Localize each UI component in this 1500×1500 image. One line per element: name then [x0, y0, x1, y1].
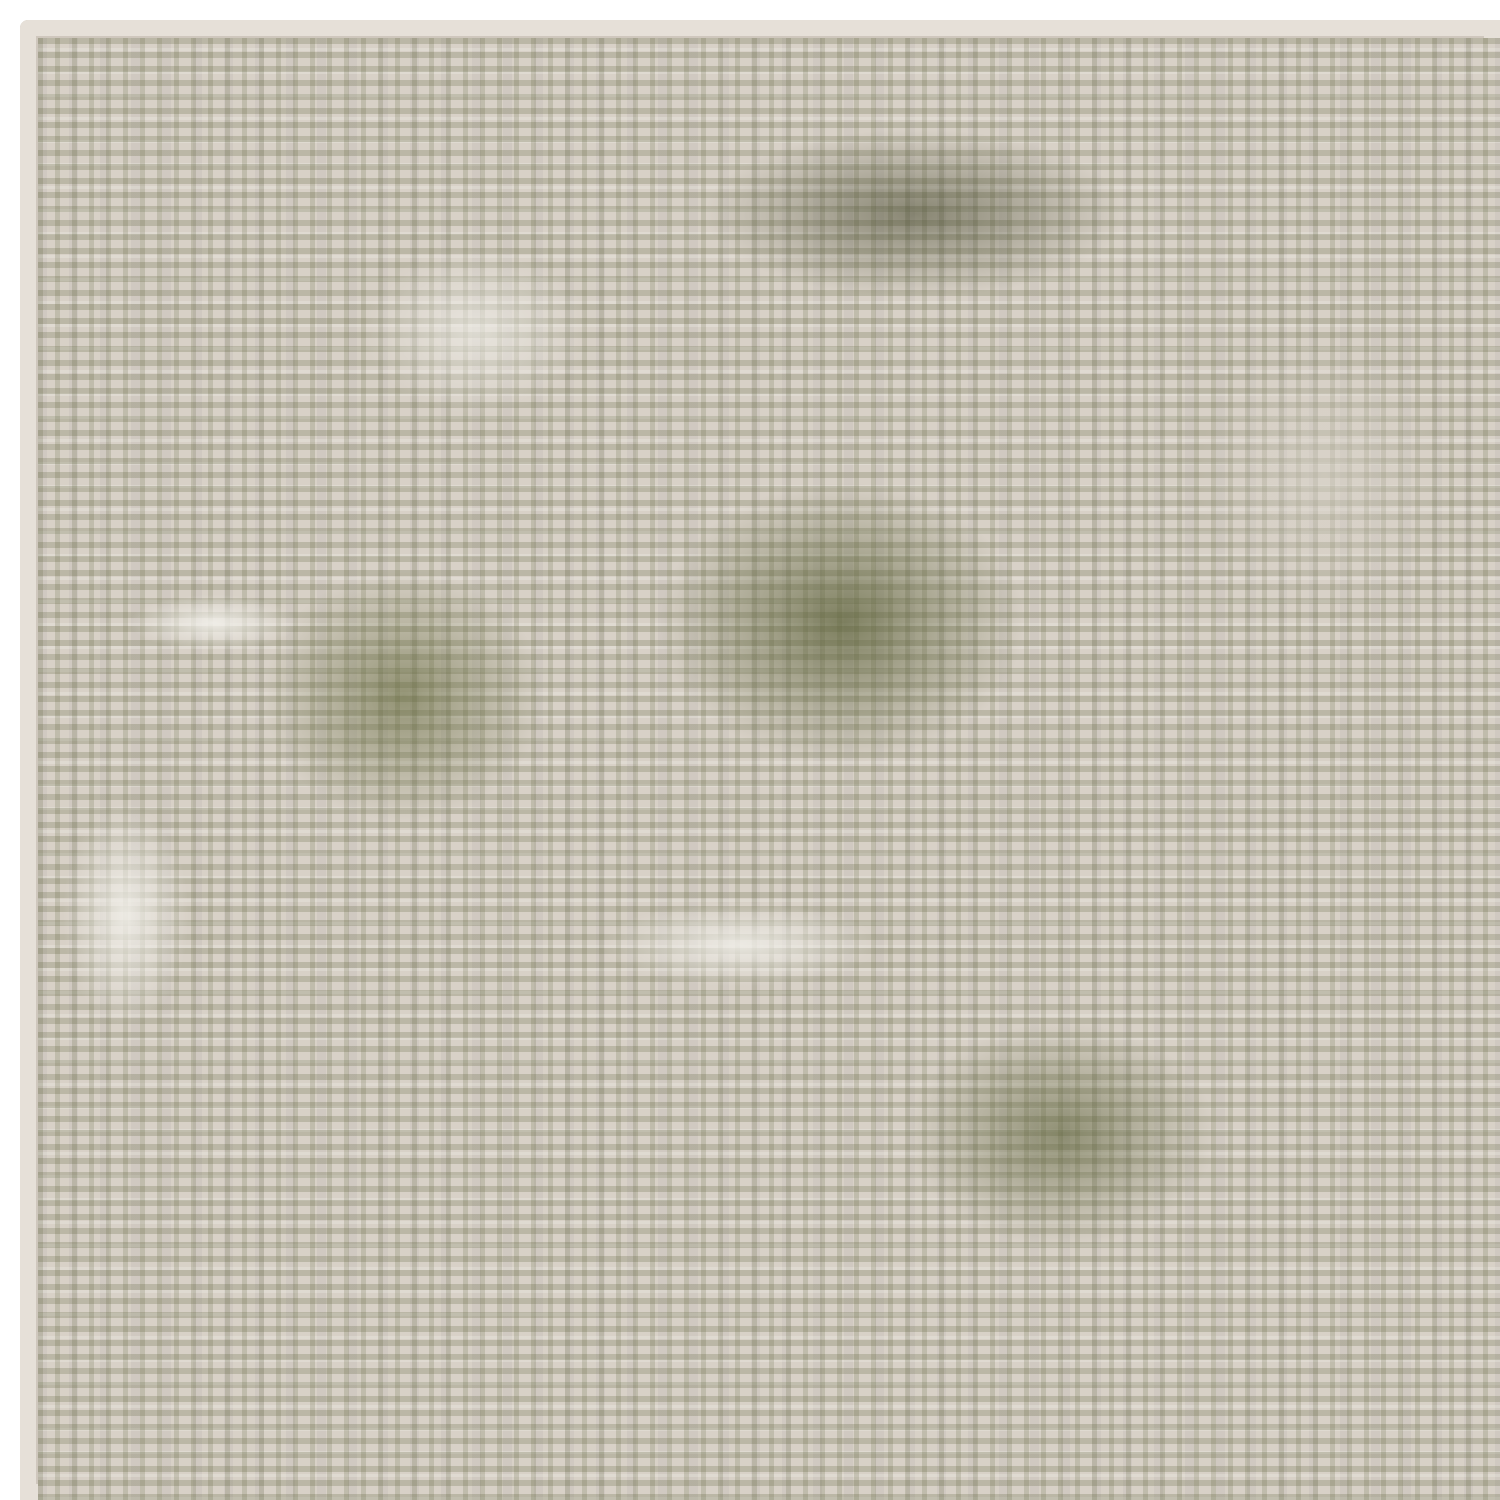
rug-photo [20, 20, 1500, 1500]
rug-pattern-field [38, 38, 1500, 1500]
